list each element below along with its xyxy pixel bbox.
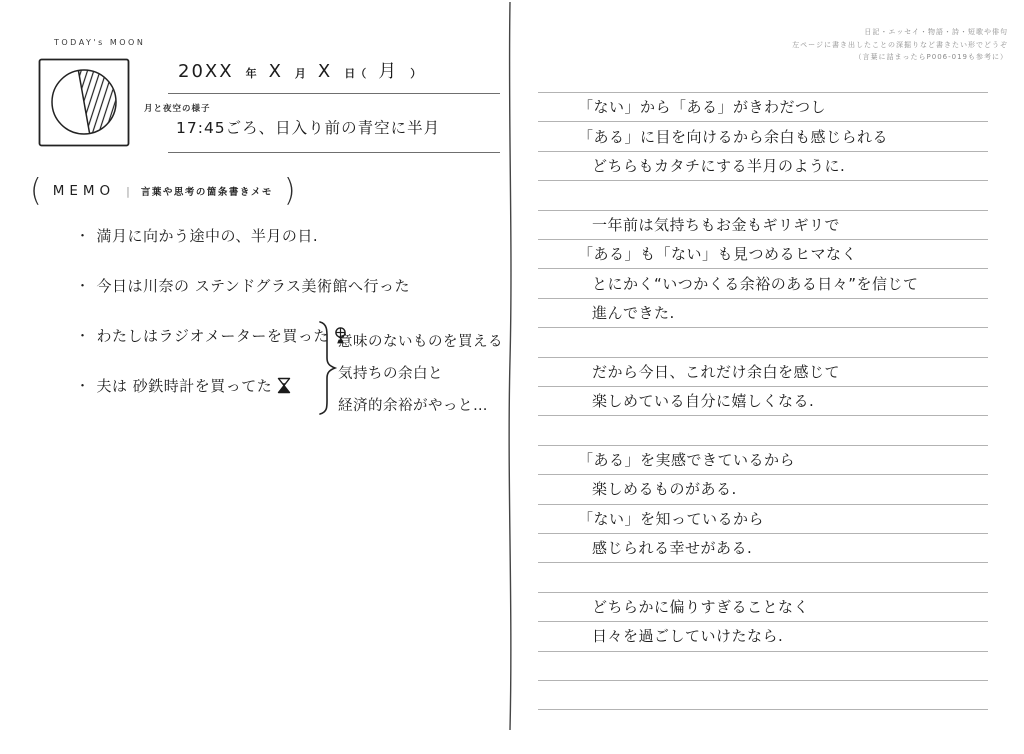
bullet-text: 満月に向かう途中の、半月の日. [97,226,319,247]
page-guide-line: 左ページに書き出したことの深掘りなど書きたい形でどうぞ [792,39,1008,52]
bullet-marker: ・ [76,276,90,297]
journal-row-empty [578,180,998,209]
memo-header: ( MEMO | 言葉や思考の箇条書きメモ ) [30,174,296,208]
ruled-line [538,651,988,652]
date-close-paren: ） [410,65,421,81]
date-month-label: 月 [295,65,306,81]
journal-row: 「ない」を知っているから [578,503,998,532]
journal-row: どちらもカタチにする半月のように. [578,151,998,180]
journal-row-empty [578,327,998,356]
journal-row: 「ある」も「ない」も見つめるヒマなく [578,239,998,268]
notebook-spread: TODAY's MOON 20XX 年 X 月 X 日（ 月 ） 月と夜空の様子… [0,0,1024,754]
bullet-text: わたしはラジオメーターを買った [97,326,329,347]
journal-row: 「ない」から「ある」がきわだつし [578,92,998,121]
date-year-value: 20XX [178,61,234,82]
journal-entry: 「ない」から「ある」がきわだつし「ある」に目を向けるから余白も感じられるどちらも… [578,92,998,650]
ruled-line [538,680,988,681]
ruled-line [538,709,988,710]
date-underline [168,93,500,94]
journal-row-empty [578,415,998,444]
moon-phase-drawing [38,58,130,152]
journal-row: 楽しめるものがある. [578,474,998,503]
date-year-label: 年 [246,65,257,81]
brace-note-line: 経済的余裕がやっと… [338,390,503,422]
sky-section-label: 月と夜空の様子 [144,102,211,114]
journal-row-empty [578,562,998,591]
moon-icon [38,58,130,148]
memo-open-paren: ( [30,175,42,207]
brace-note-line: 意味のないものを買える [338,326,503,358]
journal-row: 「ある」に目を向けるから余白も感じられる [578,121,998,150]
hourglass-icon [277,377,291,394]
page-guide-line: 日記・エッセイ・物語・詩・短歌や俳句 [792,26,1008,39]
memo-subtitle: 言葉や思考の箇条書きメモ [141,184,273,198]
bullet-marker: ・ [76,376,90,397]
memo-bullet-item: ・今日は川奈の ステンドグラス美術館へ行った [76,276,376,297]
sky-underline [168,152,500,153]
bullet-marker: ・ [76,226,90,247]
date-day-value: X [318,61,332,82]
memo-title: MEMO [53,183,115,199]
bullet-text: 夫は 砂鉄時計を買ってた [97,376,273,397]
bullet-marker: ・ [76,326,90,347]
page-guide-line: （言葉に詰まったらP006-019も参考に） [792,51,1008,64]
page-guide-text: 日記・エッセイ・物語・詩・短歌や俳句左ページに書き出したことの深掘りなど書きたい… [792,26,1008,64]
date-month-value: X [269,61,283,82]
journal-row: 楽しめている自分に嬉しくなる. [578,386,998,415]
grouping-brace-icon [316,320,338,416]
journal-row: 進んできた. [578,298,998,327]
journal-row: 「ある」を実感できているから [578,445,998,474]
memo-bullet-item: ・満月に向かう途中の、半月の日. [76,226,376,247]
journal-row: 日々を過ごしていけたなら. [578,621,998,650]
sky-note-handwriting: 17:45ごろ、日入り前の青空に半月 [176,116,440,138]
memo-close-paren: ) [284,175,296,207]
journal-row: とにかく“いつかくる余裕のある日々”を信じて [578,268,998,297]
journal-row: 一年前は気持ちもお金もギリギリで [578,210,998,239]
date-line: 20XX 年 X 月 X 日（ 月 ） [172,57,427,83]
date-weekday-value: 月 [378,57,398,83]
bullet-text: 今日は川奈の ステンドグラス美術館へ行った [97,276,410,297]
brace-note-group: 意味のないものを買える気持ちの余白と経済的余裕がやっと… [338,326,503,422]
brace-note-line: 気持ちの余白と [338,358,503,390]
today-moon-label: TODAY's MOON [54,38,145,47]
date-day-label: 日（ [344,65,366,81]
journal-row: どちらかに偏りすぎることなく [578,592,998,621]
journal-row: だから今日、これだけ余白を感じて [578,357,998,386]
memo-separator: | [126,185,130,198]
journal-row: 感じられる幸せがある. [578,533,998,562]
